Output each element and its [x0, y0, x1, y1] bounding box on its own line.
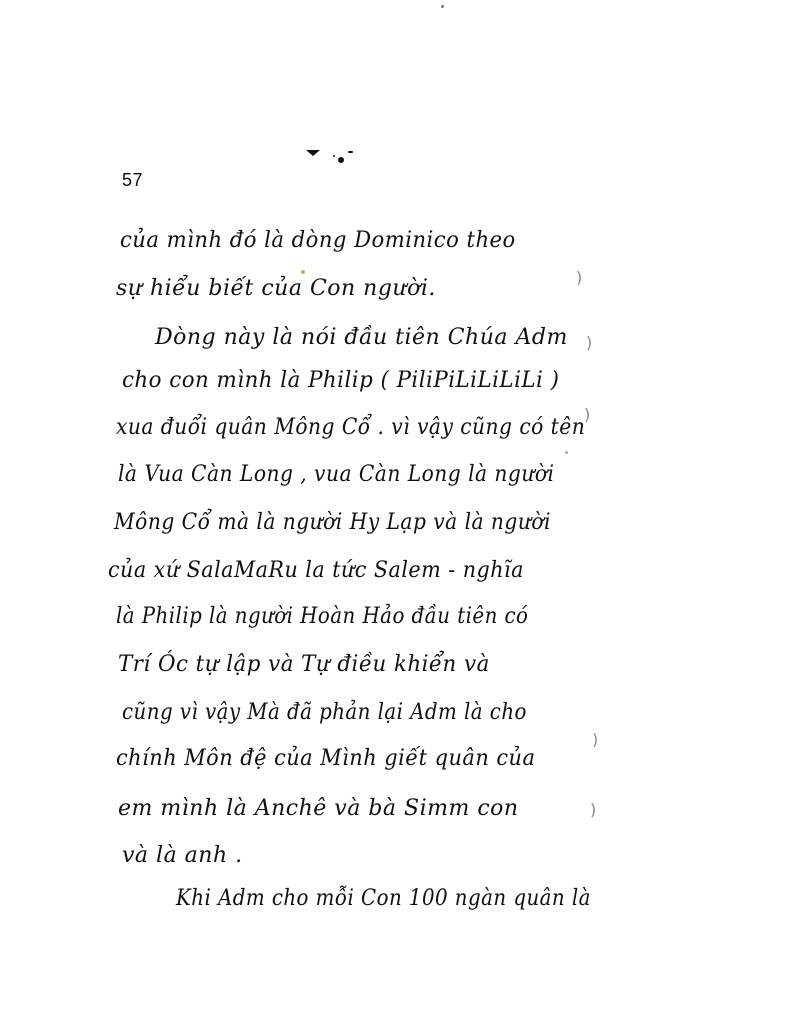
ink-dot — [348, 151, 353, 153]
text-line: là Vua Càn Long , vua Càn Long là người — [118, 462, 554, 487]
text-line: và là anh . — [122, 843, 243, 868]
text-line: xua đuổi quân Mông Cổ . vì vậy cũng có t… — [116, 415, 585, 440]
ink-dot — [338, 157, 344, 163]
text-line: chính Môn đệ của Mình giết quân của — [116, 746, 535, 771]
text-line: của mình đó là dòng Dominico theo — [120, 228, 516, 253]
margin-mark: ) — [584, 405, 590, 424]
text-line: của xứ SalaMaRu la tức Salem - nghĩa — [108, 558, 524, 583]
margin-mark: ) — [586, 333, 592, 352]
ink-dot — [333, 155, 335, 157]
margin-mark: ) — [592, 730, 598, 749]
text-line: em mình là Anchê và bà Simm con — [118, 796, 519, 821]
text-line: cho con mình là Philip ( PiliPiLiLiLiLi … — [122, 368, 559, 393]
text-line: Khi Adm cho mỗi Con 100 ngàn quân là — [176, 886, 591, 911]
page-number: 57 — [122, 170, 143, 191]
speck — [565, 451, 568, 454]
text-line: là Philip là người Hoàn Hảo đầu tiên có — [116, 604, 528, 629]
speck — [301, 270, 305, 274]
speck — [441, 5, 444, 8]
margin-mark: ) — [576, 268, 582, 287]
margin-mark: ) — [590, 800, 596, 819]
text-line: cũng vì vậy Mà đã phản lại Adm là cho — [122, 700, 527, 725]
text-line: sự hiểu biết của Con người. — [116, 276, 436, 301]
text-line: Dòng này là nói đầu tiên Chúa Adm — [155, 325, 568, 350]
text-line: Mông Cổ mà là người Hy Lạp và là người — [114, 510, 551, 535]
text-line: Trí Óc tự lập và Tự điều khiển và — [118, 652, 490, 677]
scanned-page: 57 của mình đó là dòng Dominico theo sự … — [0, 0, 791, 1024]
ink-mark — [306, 150, 320, 156]
